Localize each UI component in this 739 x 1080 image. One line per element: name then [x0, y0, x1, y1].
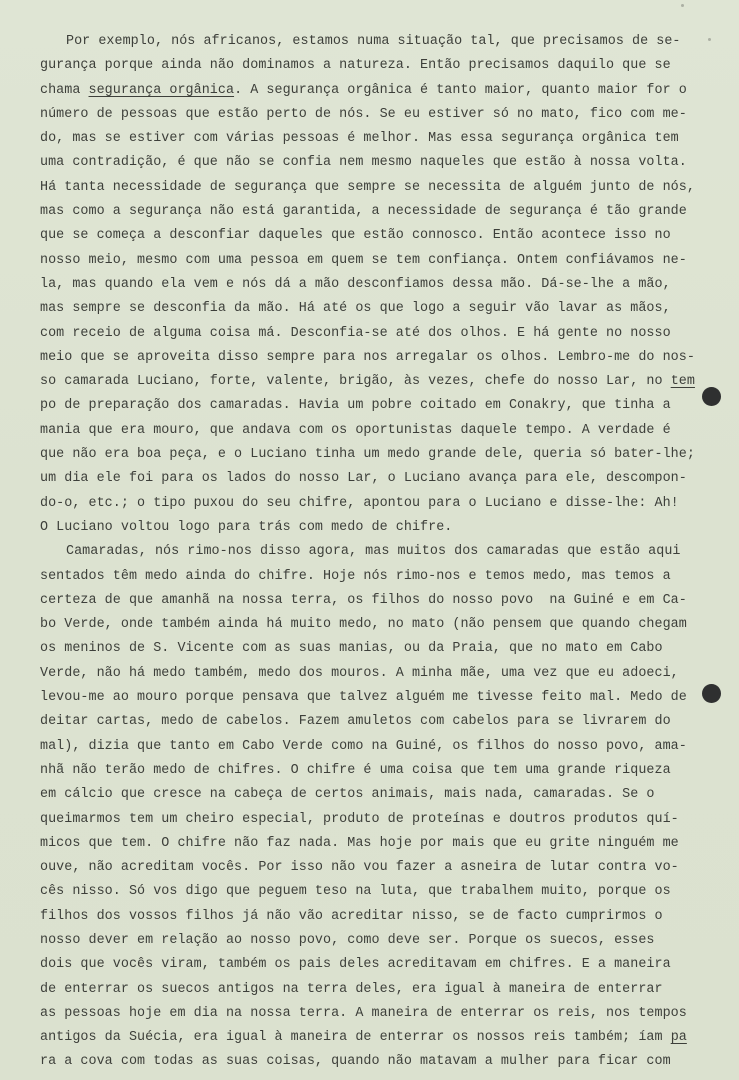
- text-line: mal), dizia que tanto em Cabo Verde como…: [40, 735, 700, 759]
- text-segment: nhã não terão medo de chifres. O chifre …: [40, 763, 671, 778]
- text-segment: nosso dever em relação ao nosso povo, co…: [40, 933, 655, 948]
- text-segment: po de preparação dos camaradas. Havia um…: [40, 398, 671, 413]
- text-segment: com receio de alguma coisa má. Desconfia…: [40, 326, 671, 341]
- text-line: do-o, etc.; o tipo puxou do seu chifre, …: [40, 492, 700, 516]
- text-line: cês nisso. Só vos digo que peguem teso n…: [40, 880, 700, 904]
- text-line: nosso dever em relação ao nosso povo, co…: [40, 929, 700, 953]
- text-segment: chama: [40, 83, 89, 98]
- text-segment: Camaradas, nós rimo-nos disso agora, mas…: [66, 544, 681, 559]
- text-segment: um dia ele foi para os lados do nosso La…: [40, 471, 687, 486]
- text-segment: de enterrar os suecos antigos na terra d…: [40, 982, 663, 997]
- text-line: as pessoas hoje em dia na nossa terra. A…: [40, 1002, 700, 1026]
- text-segment: do, mas se estiver com várias pessoas é …: [40, 131, 679, 146]
- text-line: so camarada Luciano, forte, valente, bri…: [40, 370, 700, 394]
- text-line: mas sempre se desconfia da mão. Há até o…: [40, 297, 700, 321]
- text-segment: que se começa a desconfiar daqueles que …: [40, 228, 671, 243]
- text-segment: bo Verde, onde também ainda há muito med…: [40, 617, 687, 632]
- text-line: mania que era mouro, que andava com os o…: [40, 419, 700, 443]
- text-line: dois que vocês viram, também os pais del…: [40, 953, 700, 977]
- text-segment: as pessoas hoje em dia na nossa terra. A…: [40, 1006, 687, 1021]
- text-segment: mas como a segurança não está garantida,…: [40, 204, 687, 219]
- text-line: antigos da Suécia, era igual à maneira d…: [40, 1026, 700, 1050]
- text-segment: la, mas quando ela vem e nós dá a mão de…: [40, 277, 671, 292]
- paragraph-first-line: Por exemplo, nós africanos, estamos numa…: [40, 30, 700, 54]
- text-line: po de preparação dos camaradas. Havia um…: [40, 394, 700, 418]
- text-segment: O Luciano voltou logo para trás com medo…: [40, 520, 452, 535]
- text-line: em cálcio que cresce na cabeça de certos…: [40, 783, 700, 807]
- text-line: nosso meio, mesmo com uma pessoa em quem…: [40, 249, 700, 273]
- punch-hole-lower: [702, 684, 721, 703]
- text-line: O Luciano voltou logo para trás com medo…: [40, 516, 700, 540]
- text-line: os meninos de S. Vicente com as suas man…: [40, 637, 700, 661]
- text-segment: os meninos de S. Vicente com as suas man…: [40, 641, 663, 656]
- text-segment: nosso meio, mesmo com uma pessoa em quem…: [40, 253, 687, 268]
- text-line: que não era boa peça, e o Luciano tinha …: [40, 443, 700, 467]
- text-segment: certeza de que amanhã na nossa terra, os…: [40, 593, 687, 608]
- text-segment: antigos da Suécia, era igual à maneira d…: [40, 1030, 671, 1045]
- document-body: Por exemplo, nós africanos, estamos numa…: [40, 30, 700, 1075]
- text-line: bo Verde, onde também ainda há muito med…: [40, 613, 700, 637]
- paper-speck: [681, 4, 684, 7]
- text-line: gurança porque ainda não dominamos a nat…: [40, 54, 700, 78]
- text-line: la, mas quando ela vem e nós dá a mão de…: [40, 273, 700, 297]
- text-segment: número de pessoas que estão perto de nós…: [40, 107, 687, 122]
- text-line: com receio de alguma coisa má. Desconfia…: [40, 322, 700, 346]
- scanned-typewritten-page: Por exemplo, nós africanos, estamos numa…: [0, 0, 739, 1080]
- text-segment: filhos dos vossos filhos já não vão acre…: [40, 909, 663, 924]
- text-line: filhos dos vossos filhos já não vão acre…: [40, 905, 700, 929]
- text-segment: sentados têm medo ainda do chifre. Hoje …: [40, 569, 671, 584]
- text-segment: gurança porque ainda não dominamos a nat…: [40, 58, 671, 73]
- paper-speck: [708, 38, 711, 41]
- text-line: que se começa a desconfiar daqueles que …: [40, 224, 700, 248]
- text-line: mas como a segurança não está garantida,…: [40, 200, 700, 224]
- text-segment: levou-me ao mouro porque pensava que tal…: [40, 690, 687, 705]
- paragraph-first-line: Camaradas, nós rimo-nos disso agora, mas…: [40, 540, 700, 564]
- text-segment: . A segurança orgânica é tanto maior, qu…: [234, 83, 687, 98]
- text-segment: em cálcio que cresce na cabeça de certos…: [40, 787, 655, 802]
- text-line: certeza de que amanhã na nossa terra, os…: [40, 589, 700, 613]
- text-line: micos que tem. O chifre não faz nada. Ma…: [40, 832, 700, 856]
- text-segment: micos que tem. O chifre não faz nada. Ma…: [40, 836, 679, 851]
- underlined-text: tem: [671, 374, 695, 389]
- text-segment: que não era boa peça, e o Luciano tinha …: [40, 447, 695, 462]
- text-segment: queimarmos tem um cheiro especial, produ…: [40, 812, 679, 827]
- text-line: levou-me ao mouro porque pensava que tal…: [40, 686, 700, 710]
- text-segment: uma contradição, é que não se confia nem…: [40, 155, 687, 170]
- text-segment: ra a cova com todas as suas coisas, quan…: [40, 1054, 671, 1069]
- text-line: sentados têm medo ainda do chifre. Hoje …: [40, 565, 700, 589]
- text-segment: meio que se aproveita disso sempre para …: [40, 350, 695, 365]
- text-segment: so camarada Luciano, forte, valente, bri…: [40, 374, 671, 389]
- text-segment: cês nisso. Só vos digo que peguem teso n…: [40, 884, 671, 899]
- text-line: queimarmos tem um cheiro especial, produ…: [40, 808, 700, 832]
- text-line: nhã não terão medo de chifres. O chifre …: [40, 759, 700, 783]
- text-line: meio que se aproveita disso sempre para …: [40, 346, 700, 370]
- punch-hole-upper: [702, 387, 721, 406]
- text-segment: do-o, etc.; o tipo puxou do seu chifre, …: [40, 496, 679, 511]
- text-line: de enterrar os suecos antigos na terra d…: [40, 978, 700, 1002]
- text-line: um dia ele foi para os lados do nosso La…: [40, 467, 700, 491]
- text-segment: Há tanta necessidade de segurança que se…: [40, 180, 695, 195]
- text-line: ouve, não acreditam vocês. Por isso não …: [40, 856, 700, 880]
- text-line: Há tanta necessidade de segurança que se…: [40, 176, 700, 200]
- text-line: uma contradição, é que não se confia nem…: [40, 151, 700, 175]
- text-segment: ouve, não acreditam vocês. Por isso não …: [40, 860, 679, 875]
- text-segment: Verde, não há medo também, medo dos mour…: [40, 666, 679, 681]
- underlined-text: pa: [671, 1030, 687, 1045]
- text-line: Verde, não há medo também, medo dos mour…: [40, 662, 700, 686]
- underlined-text: segurança orgânica: [89, 83, 235, 98]
- text-segment: mal), dizia que tanto em Cabo Verde como…: [40, 739, 687, 754]
- text-segment: dois que vocês viram, também os pais del…: [40, 957, 671, 972]
- text-line: deitar cartas, medo de cabelos. Fazem am…: [40, 710, 700, 734]
- text-line: ra a cova com todas as suas coisas, quan…: [40, 1050, 700, 1074]
- text-line: do, mas se estiver com várias pessoas é …: [40, 127, 700, 151]
- text-segment: Por exemplo, nós africanos, estamos numa…: [66, 34, 681, 49]
- text-line: chama segurança orgânica. A segurança or…: [40, 79, 700, 103]
- text-line: número de pessoas que estão perto de nós…: [40, 103, 700, 127]
- text-segment: mas sempre se desconfia da mão. Há até o…: [40, 301, 671, 316]
- text-segment: mania que era mouro, que andava com os o…: [40, 423, 671, 438]
- text-segment: deitar cartas, medo de cabelos. Fazem am…: [40, 714, 671, 729]
